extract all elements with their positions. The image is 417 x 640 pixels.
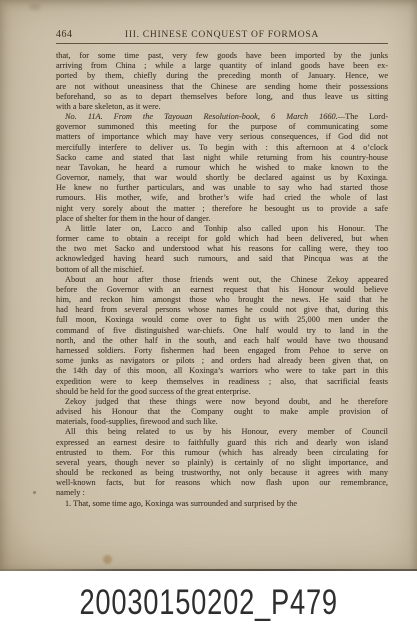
text-line: had heard from several persons whose nam… [56, 305, 388, 315]
running-title: III. CHINESE CONQUEST OF FORMOSA [56, 29, 388, 40]
text-line: before the Governor with an earnest requ… [56, 285, 388, 295]
text-line: matters of importance which may have ver… [56, 132, 388, 142]
text-line: Sacko came and stated that last night wh… [56, 153, 388, 163]
text-line: arriving from China ; while a large quan… [56, 61, 388, 71]
text-line: bottom of all the mischief. [56, 265, 388, 275]
text-line: place of shelter for them in the hour of… [56, 214, 388, 224]
text-line: command of five distinguished war-chiefs… [56, 326, 388, 336]
page-blemish [29, 4, 41, 10]
header-rule [56, 43, 388, 44]
text-line: He knew no further particulars, and was … [56, 183, 388, 193]
text-line: A little later on, Lacco and Tonhip also… [56, 224, 388, 234]
text-line: that, for some time past, very few goods… [56, 51, 388, 61]
text-line: the 14th day of this moon, all Koxinga’s… [56, 366, 388, 376]
text-line: Governor, namely, that war would shortly… [56, 173, 388, 183]
text-line: should be held for the good success of t… [56, 387, 388, 397]
text-line: are not without uneasiness that the Chin… [56, 82, 388, 92]
text-line: About an hour after those friends went o… [56, 275, 388, 285]
text-line: near Tavokan, he heard a rumour which he… [56, 163, 388, 173]
text-line: rumours. His mother, wife, and brother’s… [56, 193, 388, 203]
text-line: him, and reckon him amongst those who br… [56, 295, 388, 305]
text-line: north, and the other half in the south, … [56, 336, 388, 346]
text-line: full moon, Koxinga would come over to fi… [56, 315, 388, 325]
book-page: 464 III. CHINESE CONQUEST OF FORMOSA tha… [0, 0, 417, 571]
text-line: mercifully interfere to deliver us. To b… [56, 143, 388, 153]
text-line: ported by them, chiefly during the prece… [56, 71, 388, 81]
text-line: advised his Honour that the Company ough… [56, 407, 388, 417]
text-line: governor summoned this meeting for the p… [56, 122, 388, 132]
text-line: 1. That, some time ago, Koxinga was surr… [56, 499, 388, 509]
scan-label-strip: 20030150202_P479 [0, 571, 417, 640]
text-line: Zekoy judged that these things were now … [56, 397, 388, 407]
text-line: former came to obtain a receipt for gold… [56, 234, 388, 244]
text-line: materials, food-supplies, firewood and s… [56, 417, 388, 427]
text-line: entrusted to them. For this rumour (whic… [56, 448, 388, 458]
text-line: should be reckoned as being trustworthy,… [56, 468, 388, 478]
text-line: namely : [56, 488, 388, 498]
page-header: 464 III. CHINESE CONQUEST OF FORMOSA [56, 28, 388, 42]
scan-label: 20030150202_P479 [79, 583, 337, 623]
text-block: that, for some time past, very few goods… [56, 51, 388, 509]
text-line: expressed an earnest desire to faithfull… [56, 438, 388, 448]
text-line: with a bare skeleton, as it were. [56, 102, 388, 112]
text-line: several years, though never so plainly) … [56, 458, 388, 468]
page-blemish [33, 491, 36, 494]
text-line: acknowledged having heard such rumours, … [56, 254, 388, 264]
text-line: All this being related to us by his Hono… [56, 427, 388, 437]
page-blemish [103, 555, 112, 564]
text-line: harnessed soldiers. Forty fishermen had … [56, 346, 388, 356]
text-line: beforehand, so as to depart themselves b… [56, 92, 388, 102]
text-line: the two met Sacko and understood what hi… [56, 244, 388, 254]
text-line: expedition were to keep themselves in re… [56, 377, 388, 387]
text-line: night very sorely about the matter ; the… [56, 204, 388, 214]
scanned-book-page: 464 III. CHINESE CONQUEST OF FORMOSA tha… [0, 0, 417, 640]
text-line: some junks as navigators or pilots ; and… [56, 356, 388, 366]
text-line: No. 11A. From the Tayouan Resolution-boo… [56, 112, 388, 122]
text-line: well-known facts, but for reasons which … [56, 478, 388, 488]
